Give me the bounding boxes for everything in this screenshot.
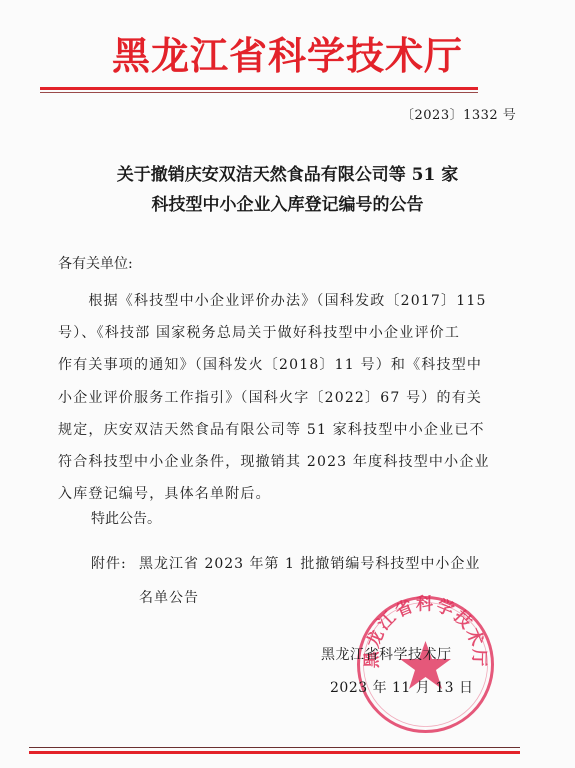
- body-line: 规定，庆安双洁天然食品有限公司等 51 家科技型中小企业已不: [58, 414, 478, 446]
- document-title: 关于撤销庆安双洁天然食品有限公司等 51 家 科技型中小企业入库登记编号的公告: [0, 160, 575, 220]
- body-line: 小企业评价服务工作指引》（国科火字〔2022〕67 号）的有关: [58, 382, 478, 414]
- masthead-title: 黑龙江省科学技术厅: [0, 33, 575, 79]
- body-line: 入库登记编号，具体名单附后。: [58, 478, 478, 510]
- signature-organization: 黑龙江省科学技术厅: [321, 645, 452, 665]
- masthead-red-rule: [40, 87, 478, 90]
- title-line-2: 科技型中小企业入库登记编号的公告: [0, 190, 575, 220]
- body-line: 作有关事项的通知》（国科发火〔2018〕11 号）和《科技型中: [58, 349, 478, 381]
- document-page: 黑龙江省科学技术厅 〔2023〕1332 号 关于撤销庆安双洁天然食品有限公司等…: [0, 0, 575, 768]
- footer-thin-rule: [29, 747, 520, 748]
- title-line-1: 关于撤销庆安双洁天然食品有限公司等 51 家: [0, 160, 575, 190]
- salutation: 各有关单位:: [58, 254, 133, 274]
- body-paragraph: 根据《科技型中小企业评价办法》（国科发政〔2017〕115 号）、《科技部 国家…: [58, 285, 478, 510]
- masthead-thin-rule: [40, 92, 478, 93]
- closing-text: 特此公告。: [91, 509, 161, 529]
- attachment-line-1: 黑龙江省 2023 年第 1 批撤销编号科技型中小企业: [139, 556, 480, 572]
- body-line: 号）、《科技部 国家税务总局关于做好科技型中小企业评价工: [58, 317, 478, 349]
- footer-red-rule: [29, 751, 520, 754]
- document-number: 〔2023〕1332 号: [401, 106, 516, 126]
- attachment-label: 附件:: [91, 547, 139, 581]
- body-line: 符合科技型中小企业条件，现撤销其 2023 年度科技型中小企业: [58, 446, 478, 478]
- signature-date: 2023 年 11 月 13 日: [330, 678, 474, 698]
- body-line: 根据《科技型中小企业评价办法》（国科发政〔2017〕115: [58, 285, 478, 317]
